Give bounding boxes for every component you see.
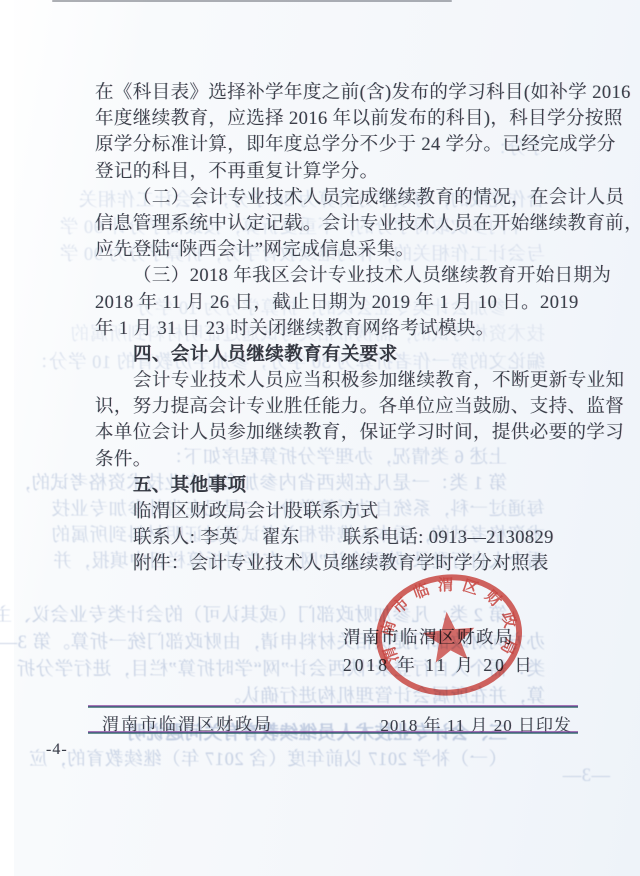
attachment-line: 附件：会计专业技术人员继续教育学时学分对照表 — [95, 551, 640, 577]
document-body: 在《科目表》选择补学年度之前(含)发布的学习科目(如补学 2016 年度继续教育… — [95, 80, 640, 578]
body-line: 条件。 — [95, 447, 640, 473]
bleedthrough-text: （一）补学 2017 以前年度（含 2017 年）继续教育的，应 — [0, 745, 640, 771]
body-line: 会计专业技术人员应当积极参加继续教育，不断更新专业知 — [95, 368, 640, 394]
body-line: 本单位会计人员参加继续教育，保证学习时间，提供必要的学习 — [95, 420, 640, 446]
body-line: 2018 年 11 月 26 日，截止日期为 2019 年 1 月 10 日。2… — [95, 290, 640, 316]
body-line: （三）2018 年我区会计专业技术人员继续教育开始日期为 — [95, 263, 640, 289]
body-line: 原学分标准计算，即年度总学分不少于 24 学分。已经完成学分 — [95, 132, 640, 158]
scan-edge-shadow — [52, 0, 452, 2]
section-heading: 四、会计人员继续教育有关要求 — [95, 342, 640, 368]
footer-rule-top — [88, 705, 578, 708]
bleedthrough-text: 类：需个人自行登录“陕西会计”网“学时折算”栏目，进行学分折 — [0, 655, 640, 681]
body-line: 年度继续教育，应选择 2016 年以前发布的科目)，科目学分按照 — [95, 106, 640, 132]
body-line: 识，努力提高会计专业胜任能力。各单位应当鼓励、支持、监督 — [95, 394, 640, 420]
footer-rule-bottom — [88, 731, 578, 734]
scanned-document-page: 学分： 合作完成的，每项学分折算为 30 学分；与会计工作相关 一年内多次取得学… — [0, 0, 640, 876]
body-line: 登记的科目，不再重复计算学分。 — [95, 159, 640, 185]
bleedthrough-text: 办方向财政部门提供相关材料申请，由财政部门统一折算。第 3—6 — [0, 628, 640, 654]
bleedthrough-text: 第 2 类：凡参加财政部门（或其认可）的会计类专业会议、主 — [0, 601, 640, 627]
section-heading: 五、其他事项 — [95, 473, 640, 499]
body-line: 临渭区财政局会计股联系方式 — [95, 499, 640, 525]
contact-line: 联系人: 李英 翟东 联系电话: 0913—2130829 — [95, 525, 640, 551]
page-number: -4- — [46, 741, 68, 759]
official-seal: 渭南市临渭区财政局 — [365, 562, 534, 708]
body-line: 信息管理系统中认定记载。会计专业技术人员在开始继续教育前， — [95, 211, 640, 237]
body-line: 在《科目表》选择补学年度之前(含)发布的学习科目(如补学 2016 — [95, 80, 640, 106]
body-line: 应先登陆“陕西会计”网完成信息采集。 — [95, 237, 640, 263]
seal-star-icon — [421, 609, 478, 664]
body-line: 年 1 月 31 日 23 时关闭继续教育网络考试模块。 — [95, 316, 640, 342]
scan-edge-strip — [0, 0, 14, 876]
body-line: （二）会计专业技术人员完成继续教育的情况，在会计人员 — [95, 185, 640, 211]
bleedthrough-page-number: —3— — [0, 766, 640, 787]
